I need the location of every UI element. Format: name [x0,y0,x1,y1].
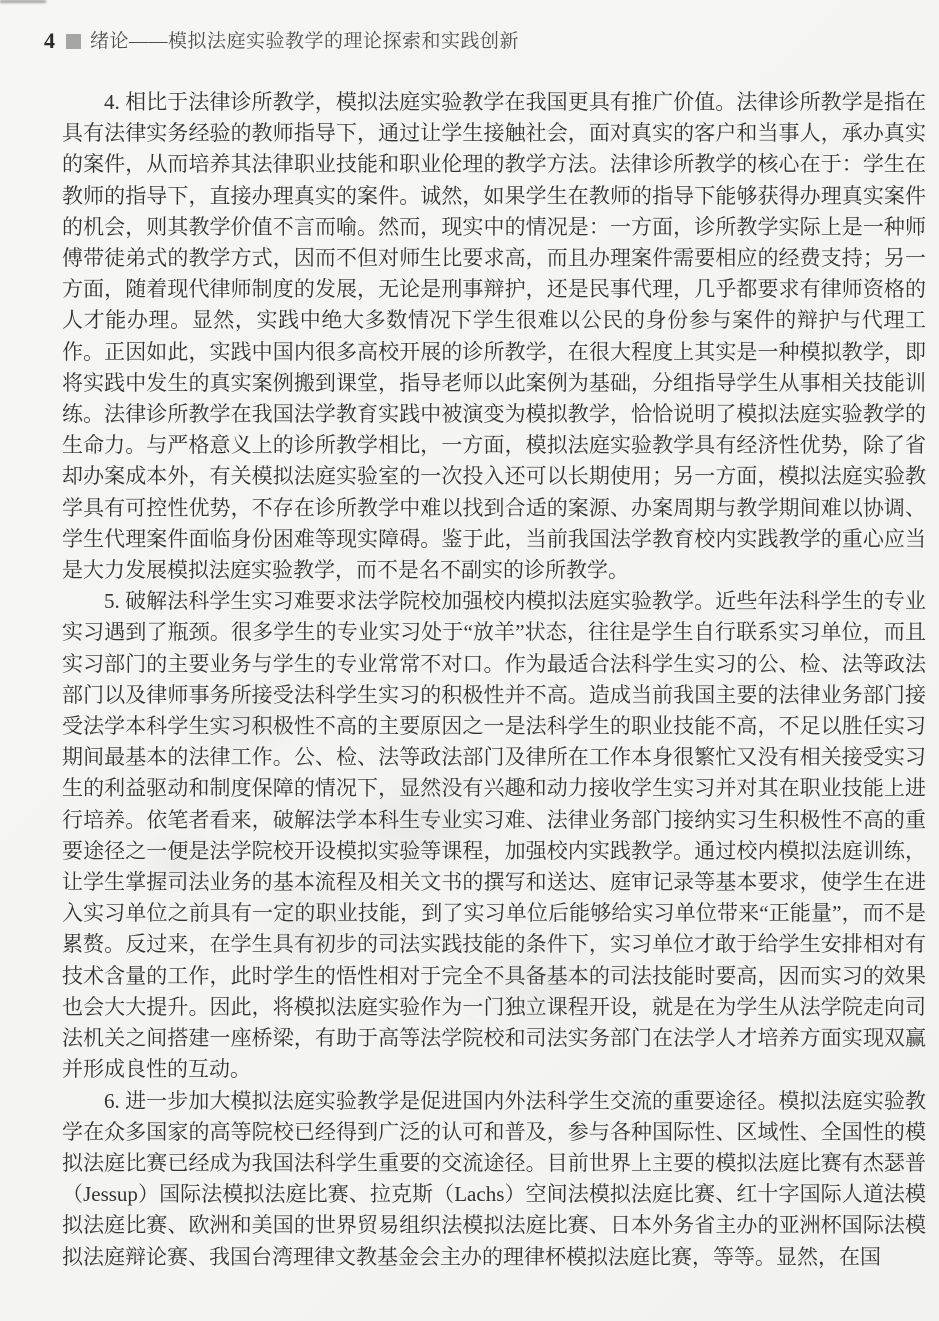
page-number: 4 [44,30,55,52]
page-body-text: 4. 相比于法律诊所教学，模拟法庭实验教学在我国更具有推广价值。法律诊所教学是指… [62,87,926,1273]
running-header: 4 绪论——模拟法庭实验教学的理论探索和实践创新 [44,29,519,53]
running-head-title: 绪论——模拟法庭实验教学的理论探索和实践创新 [90,32,519,51]
paragraph-item-4: 4. 相比于法律诊所教学，模拟法庭实验教学在我国更具有推广价值。法律诊所教学是指… [62,87,926,586]
book-page: 4 绪论——模拟法庭实验教学的理论探索和实践创新 4. 相比于法律诊所教学，模拟… [0,0,939,1321]
section-marker-square-icon [66,34,81,49]
scan-edge-artifact [0,0,46,3]
paragraph-item-6: 6. 进一步加大模拟法庭实验教学是促进国内外法科学生交流的重要途径。模拟法庭实验… [62,1086,926,1273]
paragraph-item-5: 5. 破解法科学生实习难要求法学院校加强校内模拟法庭实验教学。近些年法科学生的专… [62,586,926,1085]
